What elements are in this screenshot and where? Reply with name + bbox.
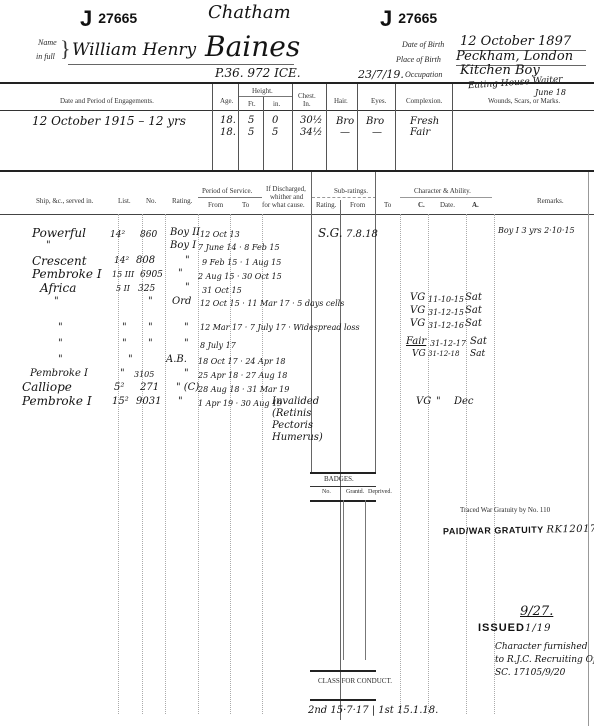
col-char-date: Date. (440, 201, 455, 209)
period-row-10: 28 Aug 18 · 31 Mar 19 (198, 385, 289, 394)
col-char-c: C. (418, 201, 425, 209)
badges-no: No. (322, 489, 331, 495)
rating-row-2: " (185, 255, 190, 266)
col-complexion-header: Complexion. (406, 97, 442, 105)
col-discharged-2: whither and (270, 193, 303, 201)
issued-stamp: ISSUED1/19 (478, 622, 551, 634)
list-row-6: " (122, 322, 127, 333)
badges-granted: Grantd. (346, 489, 364, 495)
no-row-9: 3105 (134, 370, 154, 379)
period-row-3: 2 Aug 15 · 30 Oct 15 (198, 272, 282, 281)
list-row-0: 14² (110, 230, 125, 240)
sub-rating-row-0: S.G. (318, 226, 343, 240)
ship-row-0: Powerful (32, 226, 86, 240)
badges-deprived: Deprived. (368, 489, 392, 495)
paid-war-gratuity-stamp: PAID/WAR GRATUITY RK12017 (443, 524, 594, 538)
char-date-0: 11-10-15 (428, 295, 464, 304)
pob-label: Place of Birth (396, 55, 441, 64)
char-a-0: Sat (465, 292, 482, 303)
ft-row-1: 5 (248, 115, 254, 126)
char-c-4: VG (412, 349, 426, 359)
list-row-7: " (122, 338, 127, 349)
in-row-1: 0 (272, 115, 278, 126)
col-chest-unit: In. (303, 100, 311, 108)
ship-row-2: Crescent (32, 254, 87, 268)
ship-row-10: Calliope (22, 380, 72, 394)
char-a-4: Sat (470, 349, 485, 359)
chest-row-2: 34½ (300, 127, 322, 138)
list-row-3: 15 III (112, 270, 134, 279)
col-character-header: Character & Ability. (414, 187, 471, 195)
period-row-2: 9 Feb 15 · 1 Aug 15 (202, 258, 281, 267)
col-sub-from: From (350, 201, 365, 209)
dob-value: 12 October 1897 (460, 34, 571, 49)
no-row-5: " (148, 296, 153, 307)
no-row-4: 325 (138, 284, 155, 294)
period-row-7: 8 July 17 (200, 341, 236, 350)
remarks-note-line1: Character furnished (495, 642, 587, 652)
traced-war-gratuity: Traced War Gratuity by No. 110 (460, 506, 550, 514)
complexion-row-2: Fair (410, 127, 430, 138)
rating-row-8: A.B. (166, 354, 187, 365)
no-row-11: 9031 (136, 396, 161, 407)
char-a-1: Sat (465, 305, 482, 316)
col-height-header: Height. (252, 87, 273, 95)
char-date-2: 31-12-16 (428, 321, 464, 330)
age-row-2: 18. (220, 127, 236, 138)
list-row-9: " (120, 368, 125, 379)
no-row-7: " (148, 338, 153, 349)
service-number-left: J27665 (80, 6, 137, 32)
char-c-1: VG (410, 305, 425, 316)
no-row-6: " (148, 322, 153, 333)
rating-row-0: Boy II (170, 227, 200, 238)
col-discharged-1: If Discharged, (266, 185, 306, 193)
col-from-header: From (208, 201, 223, 209)
col-sub-rating: Rating. (316, 201, 336, 209)
col-sub-to: To (384, 201, 391, 209)
issued-number: 9/27. (520, 604, 553, 619)
ft-row-2: 5 (248, 127, 254, 138)
hair-row-1: Bro (336, 116, 354, 127)
rating-row-5: Ord (172, 296, 191, 307)
eyes-row-2: — (372, 127, 382, 138)
period-row-4: 31 Oct 15 (202, 286, 242, 295)
col-period-of-service-header: Period of Service. (202, 187, 252, 195)
occupation-label: Occupation (405, 70, 442, 79)
char-date-1: 31-12-15 (428, 308, 464, 317)
eyes-row-1: Bro (366, 116, 384, 127)
remarks-row-0: Boy I 3 yrs 2·10·15 (498, 226, 575, 235)
char-a-2: Sat (465, 318, 482, 329)
col-ship-header: Ship, &c., served in. (36, 197, 93, 205)
period-row-0: 12 Oct 13 (200, 230, 240, 239)
period-row-11: 1 Apr 19 · 30 Aug 19 (198, 399, 282, 408)
pob-value: Peckham, London (456, 49, 573, 64)
list-row-4: 5 II (116, 284, 130, 293)
col-char-a: A. (472, 201, 479, 209)
engagement-period: 12 October 1915 – 12 yrs (32, 114, 186, 128)
col-discharged-3: for what cause. (262, 201, 305, 209)
sub-from-row-0: 7.8.18 (346, 229, 378, 240)
period-row-1: 7 June 14 · 8 Feb 15 (198, 243, 280, 252)
col-to-header: To (242, 201, 249, 209)
ship-row-8: " (58, 354, 63, 365)
char-c-2: VG (410, 318, 425, 329)
discharge-reason: Invalided (Retinis Pectoris Humerus) (272, 396, 338, 444)
in-row-2: 5 (272, 127, 278, 138)
period-row-5: 12 Oct 15 · 11 Mar 17 · 5 days cells (200, 299, 344, 308)
ship-row-1: " (46, 240, 51, 251)
rating-row-7: " (184, 338, 189, 349)
conduct-entry: 2nd 15·7·17 | 1st 15.1.18. (308, 705, 438, 716)
char-a-3: Sat (470, 336, 487, 347)
badges-title: BADGES. (324, 475, 354, 483)
col-rating-header: Rating. (172, 197, 192, 205)
period-row-6: 12 Mar 17 · 7 July 17 · Widespread loss (200, 323, 360, 332)
no-row-3: 6905 (140, 270, 163, 280)
ship-row-11: Pembroke I (22, 394, 92, 408)
rating-row-10: " (C) (176, 382, 199, 393)
col-remarks-header: Remarks. (537, 197, 564, 205)
char-date-5: " (436, 396, 441, 407)
occupation-note-date: June 18 (535, 88, 566, 97)
ship-row-9: Pembroke I (30, 368, 88, 379)
remarks-note-line2: to R.J.C. Recruiting Office (495, 655, 594, 665)
char-c-3: Fair (406, 336, 426, 347)
no-row-0: 860 (140, 230, 157, 240)
annotation-date: 23/7/19. (358, 68, 404, 81)
list-row-11: 15² (112, 396, 129, 407)
col-height-ft: Ft. (248, 100, 256, 108)
period-row-9: 25 Apr 18 · 27 Aug 18 (198, 371, 287, 380)
list-row-2: 14² (114, 256, 129, 266)
col-period-header: Date and Period of Engagements. (60, 97, 154, 105)
col-hair-header: Hair. (334, 97, 348, 105)
in-full-label: in full (36, 52, 55, 61)
remarks-note-line3: SC. 17105/9/20 (495, 668, 565, 678)
char-c-0: VG (410, 292, 425, 303)
char-date-4: 31-12-18 (428, 350, 459, 358)
hair-row-2: — (340, 127, 350, 138)
rating-row-1: Boy I (170, 240, 196, 251)
no-row-8: " (128, 354, 133, 365)
ship-row-5: " (54, 296, 59, 307)
col-chest-header: Chest. (298, 92, 316, 100)
surname: Baines (205, 30, 300, 63)
given-names: William Henry (72, 40, 196, 60)
list-row-10: 5² (114, 382, 124, 393)
rating-row-6: " (184, 322, 189, 333)
col-list-header: List. (118, 197, 131, 205)
char-date-3: 31-12-17 (430, 339, 466, 348)
col-height-in: in. (273, 100, 280, 108)
conduct-title: CLASS FOR CONDUCT. (318, 677, 392, 685)
service-number-right: J27665 (380, 6, 437, 32)
ship-row-4: Africa (40, 281, 76, 295)
no-row-10: 271 (140, 382, 159, 393)
col-age-header: Age. (220, 97, 233, 105)
char-a-5: Dec (454, 396, 474, 407)
record-annotation: P.36. 972 ICE. (215, 66, 301, 80)
occupation-value: Kitchen Boy (460, 63, 540, 78)
char-c-5: VG (416, 396, 431, 407)
port-division: Chatham (208, 2, 291, 23)
rating-row-3: " (178, 268, 183, 279)
ship-row-7: " (58, 338, 63, 349)
ship-row-3: Pembroke I (32, 267, 102, 281)
complexion-row-1: Fresh (410, 116, 439, 127)
chest-row-1: 30½ (300, 115, 322, 126)
period-row-8: 18 Oct 17 · 24 Apr 18 (198, 357, 286, 366)
rating-row-4: " (185, 282, 190, 293)
name-label: Name (38, 38, 57, 47)
dob-label: Date of Birth (402, 40, 444, 49)
rating-row-9: " (184, 368, 189, 379)
ship-row-6: " (58, 322, 63, 333)
brace: } (60, 36, 71, 62)
age-row-1: 18. (220, 115, 236, 126)
no-row-2: 808 (136, 255, 155, 266)
col-sub-ratings-header: Sub-ratings. (334, 187, 368, 195)
col-eyes-header: Eyes. (371, 97, 386, 105)
rating-row-11: " (178, 396, 183, 407)
col-no-header: No. (146, 197, 156, 205)
col-wounds-header: Wounds, Scars, or Marks. (488, 97, 560, 105)
